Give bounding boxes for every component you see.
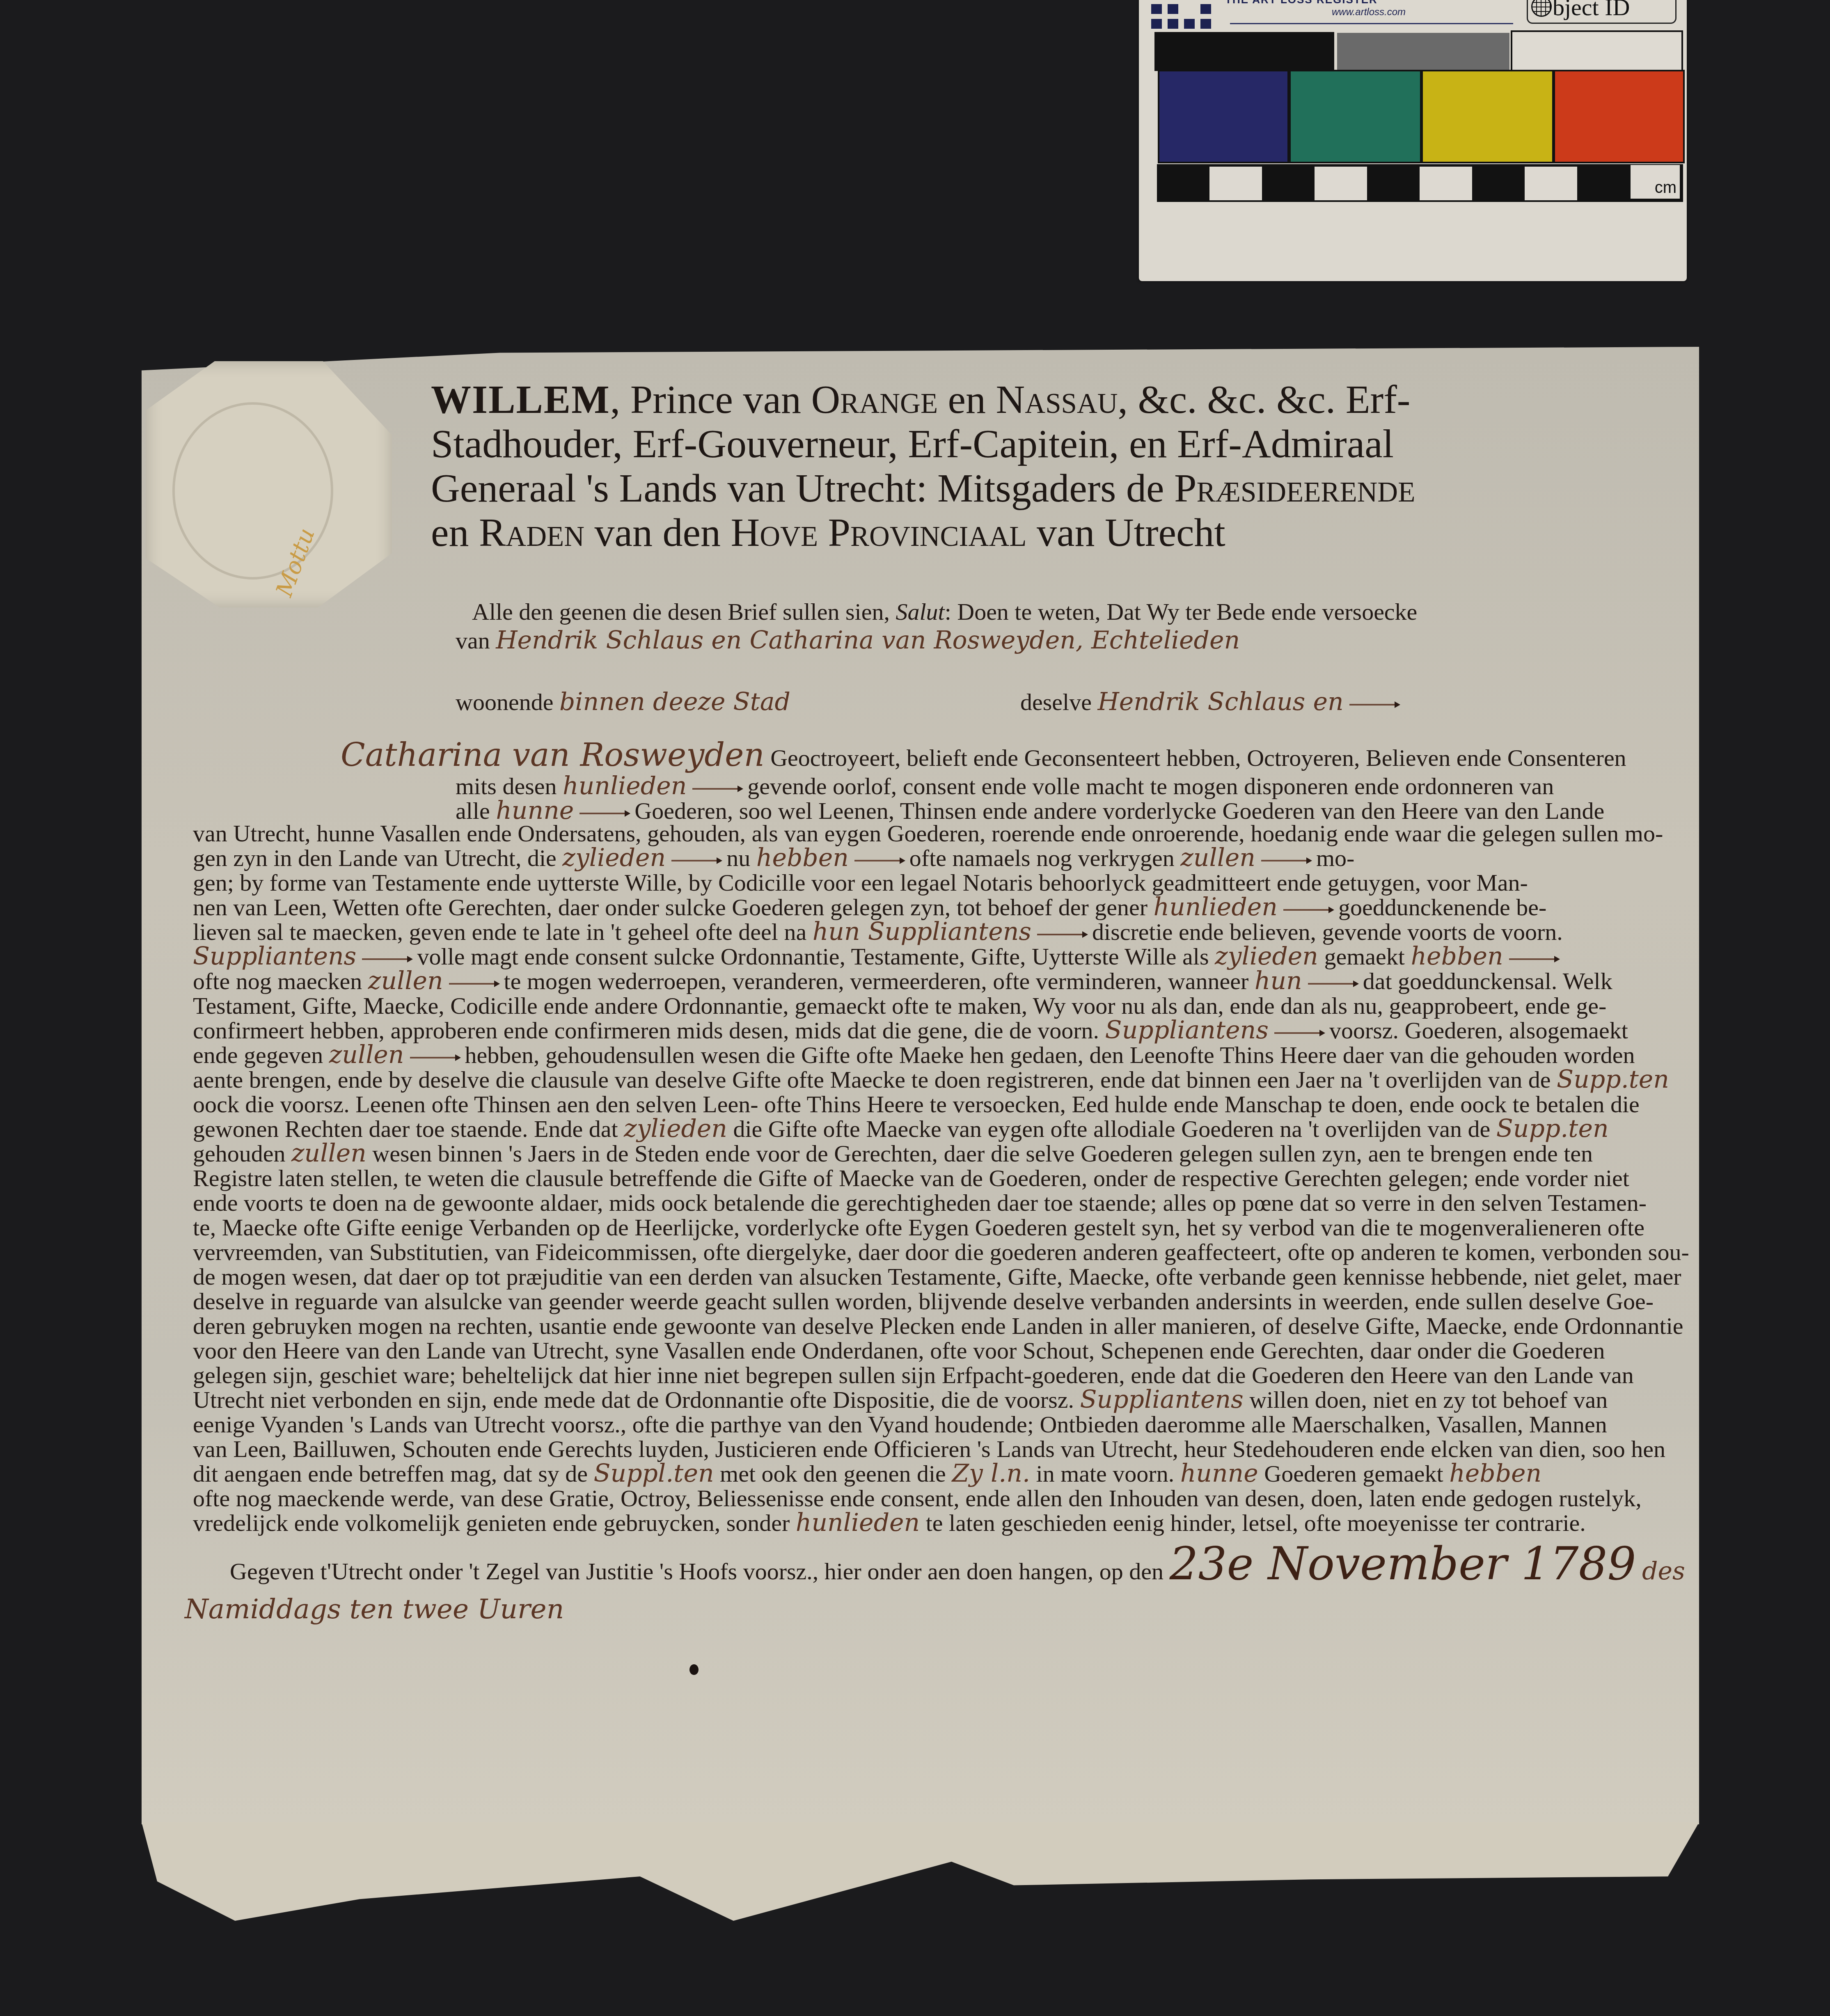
fill-line-arrow bbox=[410, 1057, 459, 1058]
heading-van-den: van den bbox=[584, 511, 731, 555]
printed-text: die Gifte ofte Maecke van eygen ofte all… bbox=[733, 1116, 1490, 1142]
body-line: alle hunneGoederen, soo wel Leenen, Thin… bbox=[456, 798, 1604, 823]
unit-label: cm bbox=[1631, 165, 1680, 199]
handwritten-text: zullen bbox=[1180, 843, 1255, 872]
swatch-red bbox=[1555, 71, 1683, 162]
body-line: gehouden zullen wesen binnen 's Jaers in… bbox=[193, 1141, 1593, 1166]
handwritten-text: hebben bbox=[1411, 942, 1503, 971]
body-line: eenige Vyanden 's Lands van Utrecht voor… bbox=[193, 1412, 1607, 1437]
handwritten-text: Hendrik Schlaus en Catharina van Rosweyd… bbox=[496, 626, 1240, 655]
handwritten-text: hebben bbox=[1449, 1459, 1541, 1488]
body-line: de mogen wesen, dat daer op tot præjudit… bbox=[193, 1264, 1681, 1289]
fill-line-arrow bbox=[1261, 860, 1310, 861]
swatch-yellow bbox=[1423, 71, 1552, 162]
swatch-grey bbox=[1337, 33, 1509, 71]
color-reference-card: THE ART LOSS REGISTER www.artloss.com bj… bbox=[1139, 0, 1687, 281]
handwritten-text: Catharina van Rosweyden bbox=[341, 737, 765, 774]
body-line: vervreemden, van Substitutien, van Fidei… bbox=[193, 1239, 1689, 1265]
handwritten-text: hunlieden bbox=[796, 1508, 920, 1537]
body-line: Suppliantensvolle magt ende consent sulc… bbox=[193, 944, 1564, 969]
card-title: THE ART LOSS REGISTER bbox=[1225, 0, 1378, 6]
handwritten-text: Supp.ten bbox=[1557, 1065, 1669, 1094]
printed-text: Salut bbox=[896, 598, 944, 625]
handwritten-text: hunlieden bbox=[563, 772, 687, 800]
body-line: ende gegeven zullenhebben, gehoudensulle… bbox=[193, 1042, 1635, 1068]
printed-text: voorsz. Goederen, alsogemaekt bbox=[1329, 1017, 1628, 1044]
printed-text: discretie ende believen, gevende voorts … bbox=[1092, 919, 1563, 945]
printed-text: mits desen bbox=[456, 773, 557, 800]
printed-text: dat goeddunckensal. Welk bbox=[1363, 968, 1612, 994]
printed-text: : Doen te weten, Dat Wy ter Bede ende ve… bbox=[945, 598, 1418, 625]
printed-text: Alle den geenen die desen Brief sullen s… bbox=[472, 598, 896, 625]
fill-line-arrow bbox=[1308, 983, 1357, 985]
closing-line: Gegeven t'Utrecht onder 't Zegel van Jus… bbox=[230, 1551, 1685, 1584]
handwritten-text: hun Suppliantens bbox=[813, 917, 1031, 946]
swatch-black bbox=[1154, 32, 1334, 71]
body-line: gen; by forme van Testamente ende uytter… bbox=[193, 870, 1528, 895]
body-line: woonende binnen deeze Staddeselve Hendri… bbox=[456, 690, 1404, 715]
heading-orange: Orange bbox=[811, 378, 938, 422]
body-line: lieven sal te maecken, geven ende te lat… bbox=[193, 919, 1563, 944]
body-line: deren gebruyken mogen na rechten, usanti… bbox=[193, 1313, 1683, 1338]
closing-printed: Gegeven t'Utrecht onder 't Zegel van Jus… bbox=[230, 1558, 1164, 1585]
body-line: Registre laten stellen, te weten die cla… bbox=[193, 1166, 1629, 1191]
handwritten-text: Supp.ten bbox=[1496, 1114, 1609, 1143]
body-line: deselve in reguarde van alsulcke van gee… bbox=[193, 1289, 1654, 1314]
body-line: van Leen, Bailluwen, Schouten ende Gerec… bbox=[193, 1436, 1665, 1462]
printed-text: Geoctroyeert, belieft ende Geconsenteert… bbox=[770, 745, 1626, 771]
printed-text: gehouden bbox=[193, 1140, 286, 1167]
handwritten-text: hun bbox=[1255, 967, 1302, 995]
body-line: ende voorts te doen na de gewoonte aldae… bbox=[193, 1190, 1647, 1215]
heading-utrecht: van Utrecht bbox=[1026, 511, 1225, 555]
fill-line-arrow bbox=[449, 983, 498, 985]
art-loss-register-logo bbox=[1151, 0, 1213, 24]
body-line: van Hendrik Schlaus en Catharina van Ros… bbox=[456, 628, 1240, 653]
closing-date-handwritten: 23e November 1789 bbox=[1169, 1537, 1636, 1590]
body-line: dit aengaen ende betreffen mag, dat sy d… bbox=[193, 1461, 1541, 1486]
body-line: ofte nog maecken zullente mogen wederroe… bbox=[193, 969, 1612, 994]
printed-text: deselve bbox=[1020, 689, 1092, 715]
swatch-blue bbox=[1159, 71, 1287, 162]
handwritten-text: Suppliantens bbox=[1105, 1016, 1269, 1045]
heading-willem: WILLEM bbox=[431, 378, 610, 422]
fill-line-arrow bbox=[1349, 704, 1399, 706]
heading-tail: , &c. &c. &c. Erf- bbox=[1118, 378, 1411, 422]
handwritten-text: zullen bbox=[368, 967, 443, 995]
printed-text: met ook den geenen die bbox=[720, 1460, 946, 1487]
handwritten-text: Zy l.n. bbox=[952, 1459, 1030, 1488]
heading-line-1: WILLEM, Prince van Orange en Nassau, &c.… bbox=[431, 378, 1683, 422]
fill-line-arrow bbox=[1037, 934, 1086, 935]
handwritten-text: Suppl.ten bbox=[593, 1459, 714, 1488]
heading-generaal: Generaal 's Lands van Utrecht: Mitsgader… bbox=[431, 466, 1174, 511]
body-line: gewonen Rechten daer toe staende. Ende d… bbox=[193, 1116, 1609, 1141]
object-id-label: bject ID bbox=[1553, 0, 1630, 21]
handwritten-text: zullen bbox=[329, 1040, 404, 1069]
swatch-green bbox=[1291, 71, 1420, 162]
body-line: van Utrecht, hunne Vasallen ende Ondersa… bbox=[193, 821, 1663, 846]
printed-text: hebben, gehoudensullen wesen die Gifte o… bbox=[465, 1042, 1635, 1068]
printed-text: te laten geschieden eenig hinder, letsel… bbox=[926, 1510, 1586, 1536]
printed-text: dit aengaen ende betreffen mag, dat sy d… bbox=[193, 1460, 588, 1487]
printed-text: aente brengen, ende by deselve die claus… bbox=[193, 1066, 1551, 1093]
body-line: ofte nog maeckende werde, van dese Grati… bbox=[193, 1486, 1642, 1511]
body-line: Testament, Gifte, Maecke, Codicille ende… bbox=[193, 993, 1606, 1018]
heading-en: en bbox=[938, 378, 996, 422]
heading-line-2: Stadhouder, Erf-Gouverneur, Erf-Capitein… bbox=[431, 422, 1683, 466]
fill-line-arrow bbox=[579, 813, 629, 814]
printed-text: van bbox=[456, 627, 490, 654]
fill-line-arrow bbox=[1509, 958, 1558, 960]
body-line: Alle den geenen die desen Brief sullen s… bbox=[472, 599, 1417, 624]
cm-scale-ruler: cm bbox=[1157, 164, 1683, 202]
document-torn-bottom bbox=[142, 1822, 1699, 1921]
printed-text: gevende oorlof, consent ende volle macht… bbox=[747, 773, 1554, 800]
handwritten-text: Suppliantens bbox=[193, 942, 356, 971]
fill-line-arrow bbox=[692, 788, 742, 790]
heading-en2: en bbox=[431, 511, 479, 555]
printed-text: confirmeert hebben, approberen ende conf… bbox=[193, 1017, 1099, 1044]
card-url: www.artloss.com bbox=[1332, 7, 1406, 18]
fill-line-arrow bbox=[671, 860, 721, 861]
globe-icon bbox=[1531, 0, 1552, 17]
handwritten-text: hunlieden bbox=[1154, 893, 1278, 921]
heading-prince: , Prince van bbox=[610, 378, 811, 422]
printed-text: ende gegeven bbox=[193, 1042, 323, 1068]
heading-line-3: Generaal 's Lands van Utrecht: Mitsgader… bbox=[431, 466, 1683, 511]
heading-raden: Raden bbox=[479, 511, 584, 555]
handwritten-text: zullen bbox=[291, 1139, 366, 1168]
body-line: te, Maecke ofte Gifte eenige Verbanden o… bbox=[193, 1215, 1644, 1240]
printed-text: nu bbox=[726, 845, 750, 871]
ink-blot bbox=[689, 1664, 699, 1675]
fill-line-arrow bbox=[362, 958, 411, 960]
closing-line-2: Namiddags ten twee Uuren bbox=[185, 1597, 564, 1623]
printed-text: volle magt ende consent sulcke Ordonnant… bbox=[417, 943, 1209, 970]
document-heading: WILLEM, Prince van Orange en Nassau, &c.… bbox=[431, 378, 1683, 555]
body-line: confirmeert hebben, approberen ende conf… bbox=[193, 1018, 1628, 1043]
printed-text: ofte nog maecken bbox=[193, 968, 362, 994]
body-line: nen van Leen, Wetten ofte Gerechten, dae… bbox=[193, 895, 1546, 920]
handwritten-text: hunne bbox=[1180, 1459, 1258, 1488]
printed-text: woonende bbox=[456, 689, 553, 715]
heading-line-4: en Raden van den Hove Provinciaal van Ut… bbox=[431, 511, 1683, 555]
heading-hove: Hove Provinciaal bbox=[731, 511, 1027, 555]
body-line: vredelijck ende volkomelijk genieten end… bbox=[193, 1510, 1586, 1535]
fill-line-arrow bbox=[1283, 909, 1333, 911]
body-line: oock die voorsz. Leenen ofte Thinsen aen… bbox=[193, 1092, 1640, 1117]
body-line: voor den Heere van den Lande van Utrecht… bbox=[193, 1338, 1605, 1363]
printed-text: lieven sal te maecken, geven ende te lat… bbox=[193, 919, 806, 945]
heading-praesideerende: Præsideerende bbox=[1174, 466, 1415, 511]
printed-text: mo- bbox=[1316, 845, 1354, 871]
printed-text: te mogen wederroepen, veranderen, vermee… bbox=[504, 968, 1249, 994]
printed-text: goeddunckenende be- bbox=[1338, 894, 1546, 921]
body-line: aente brengen, ende by deselve die claus… bbox=[193, 1067, 1669, 1092]
printed-text: gen zyn in den Lande van Utrecht, die bbox=[193, 845, 557, 871]
printed-text: Utrecht niet verbonden en sijn, ende med… bbox=[193, 1386, 1074, 1413]
card-divider bbox=[1230, 23, 1513, 24]
body-line: Utrecht niet verbonden en sijn, ende med… bbox=[193, 1387, 1608, 1412]
swatch-white bbox=[1512, 32, 1681, 71]
heading-nassau: Nassau bbox=[996, 378, 1118, 422]
printed-text: wesen binnen 's Jaers in de Steden ende … bbox=[372, 1140, 1593, 1167]
printed-text: willen doen, niet en zy tot behoef van bbox=[1249, 1386, 1608, 1413]
printed-text: gemaekt bbox=[1324, 943, 1404, 970]
handwritten-text: zylieden bbox=[562, 843, 666, 872]
printed-text: Goederen gemaekt bbox=[1264, 1460, 1443, 1487]
body-line: gelegen sijn, geschiet ware; beheltelijc… bbox=[193, 1363, 1634, 1388]
body-line: mits desen hunliedengevende oorlof, cons… bbox=[456, 774, 1554, 799]
handwritten-text: hebben bbox=[756, 843, 849, 872]
object-id-badge: bject ID bbox=[1527, 0, 1677, 24]
printed-text: ofte namaels nog verkrygen bbox=[909, 845, 1175, 871]
closing-time-handwritten: Namiddags ten twee Uuren bbox=[185, 1593, 564, 1625]
body-line: gen zyn in den Lande van Utrecht, die zy… bbox=[193, 845, 1354, 871]
fill-line-arrow bbox=[854, 860, 904, 861]
handwritten-text: zylieden bbox=[624, 1114, 727, 1143]
printed-text: nen van Leen, Wetten ofte Gerechten, dae… bbox=[193, 894, 1147, 921]
fill-line-arrow bbox=[1274, 1032, 1324, 1034]
printed-text: gewonen Rechten daer toe staende. Ende d… bbox=[193, 1116, 618, 1142]
printed-text: in mate voorn. bbox=[1036, 1460, 1175, 1487]
handwritten-text: Suppliantens bbox=[1080, 1385, 1243, 1414]
handwritten-text: Hendrik Schlaus en bbox=[1097, 687, 1343, 716]
body-line: Catharina van Rosweyden Geoctroyeert, be… bbox=[341, 743, 1626, 770]
printed-text: vredelijck ende volkomelijk genieten end… bbox=[193, 1510, 790, 1536]
handwritten-text: des bbox=[1642, 1557, 1685, 1585]
handwritten-text: binnen deeze Stad bbox=[559, 687, 790, 716]
